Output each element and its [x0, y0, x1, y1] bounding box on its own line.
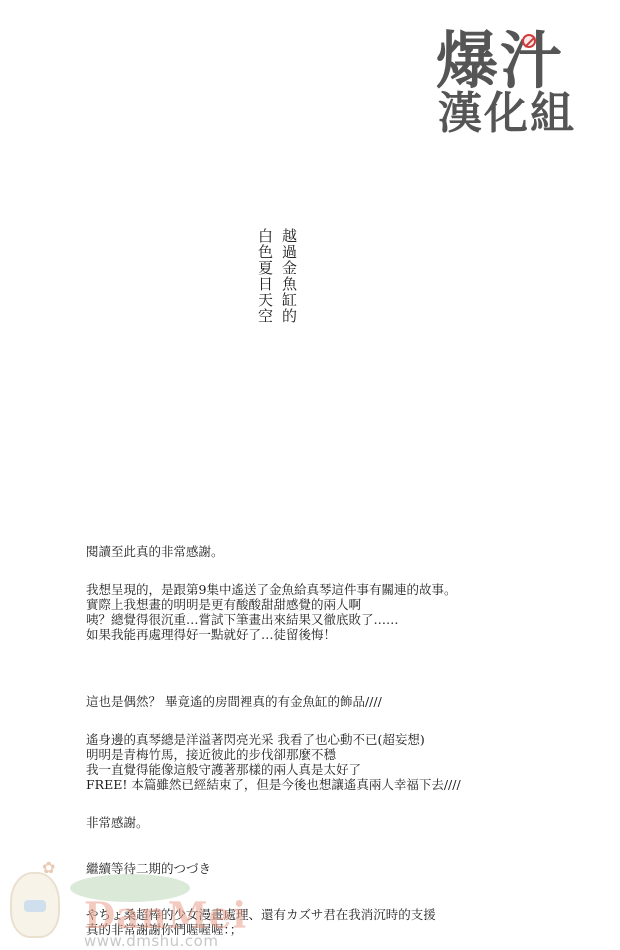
text-line: 閱讀至此真的非常感謝。	[86, 544, 556, 559]
watermark-brand: DanMei	[84, 898, 247, 934]
text-line: 咦？總覺得很沉重…嘗試下筆畫出來結果又徹底敗了……	[86, 612, 556, 627]
text-line: 如果我能再處理得好一點就好了…徒留後悔！	[86, 627, 556, 642]
scanlation-group-logo: 爆汁 漢化組	[436, 30, 606, 135]
text-line: FREE! 本篇雖然已經結束了，但是今後也想讓遙真兩人幸福下去////	[86, 777, 556, 792]
watermark-url: www.dmshu.com	[84, 934, 218, 949]
logo-bottom-text: 漢化組	[438, 92, 576, 136]
title-column-2: 白色夏日天空	[256, 228, 274, 324]
site-watermark: ✿ DanMei www.dmshu.com	[0, 850, 240, 950]
text-line: 遙身邊的真琴總是洋溢著閃亮光采 我看了也心動不已(超妄想)	[86, 732, 556, 747]
paragraph-feelings: 遙身邊的真琴總是洋溢著閃亮光采 我看了也心動不已(超妄想) 明明是青梅竹馬，接近…	[86, 732, 556, 792]
logo-top-text: 爆汁	[436, 30, 564, 92]
text-line: 這也是偶然？ 畢竟遙的房間裡真的有金魚缸的飾品////	[86, 694, 556, 709]
vertical-title: 越過金魚缸的 白色夏日天空	[256, 228, 298, 324]
paragraph-coincidence: 這也是偶然？ 畢竟遙的房間裡真的有金魚缸的飾品////	[86, 694, 556, 709]
flower-icon: ✿	[42, 860, 58, 876]
paragraph-thanks: 閱讀至此真的非常感謝。	[86, 544, 556, 559]
paragraph-intent: 我想呈現的，是跟第9集中遙送了金魚給真琴這件事有關連的故事。 實際上我想畫的明明…	[86, 582, 556, 642]
text-line: 明明是青梅竹馬，接近彼此的步伐卻那麼不穩	[86, 747, 556, 762]
text-line: 我一直覺得能像這般守護著那樣的兩人真是太好了	[86, 762, 556, 777]
text-line: 非常感謝。	[86, 815, 556, 830]
title-column-1: 越過金魚缸的	[280, 228, 298, 324]
text-line: 我想呈現的，是跟第9集中遙送了金魚給真琴這件事有關連的故事。	[86, 582, 556, 597]
prohibition-badge-icon	[522, 34, 536, 48]
paragraph-thanks-2: 非常感謝。	[86, 815, 556, 830]
text-line: 實際上我想畫的明明是更有酸酸甜甜感覺的兩人啊	[86, 597, 556, 612]
rice-ball-mascot-icon	[10, 872, 60, 938]
